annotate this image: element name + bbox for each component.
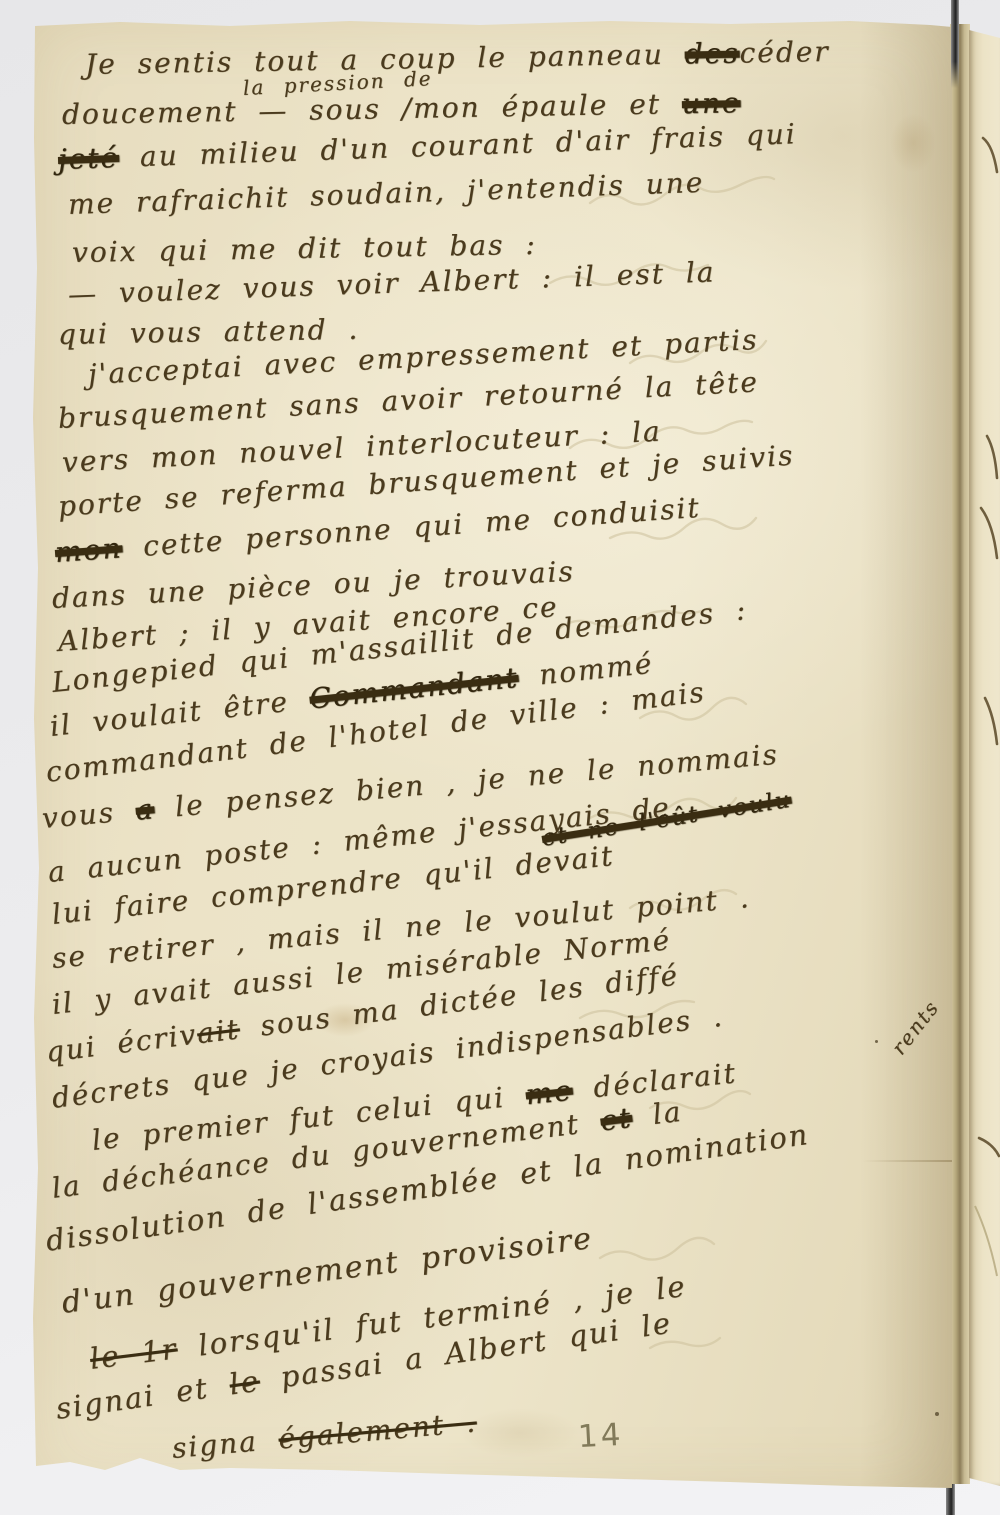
ink-text: / [401,92,413,125]
horizontal-fold-mark [862,1160,952,1162]
paper-speck [875,1040,878,1043]
gutter-crease [950,24,970,1484]
ink-text: mon épaule et [413,87,682,125]
book-cradle-rod-top-icon [951,0,959,88]
manuscript-page: Je sentis tout a coup le panneau descéde… [30,18,952,1493]
paper-speck [935,1412,939,1416]
struck-text: jeté [57,141,119,176]
struck-text: mon [54,531,124,569]
manuscript-scan: { "document": { "kind": "handwritten man… [0,0,1000,1515]
struck-text: le [227,1364,262,1402]
facing-page-edge [969,26,1000,1486]
ink-text: la [630,1095,684,1134]
struck-text: des [684,37,739,71]
ink-text: céder [739,35,830,70]
struck-text: me [524,1074,574,1112]
page-number-pencil: 14 [577,1417,624,1455]
struck-text: ait [195,1012,242,1050]
struck-text: et [598,1101,634,1138]
struck-text: une [682,86,741,120]
ink-text: doucement — sous [62,92,402,131]
facing-page-ink-marks-icon [969,26,1000,1486]
